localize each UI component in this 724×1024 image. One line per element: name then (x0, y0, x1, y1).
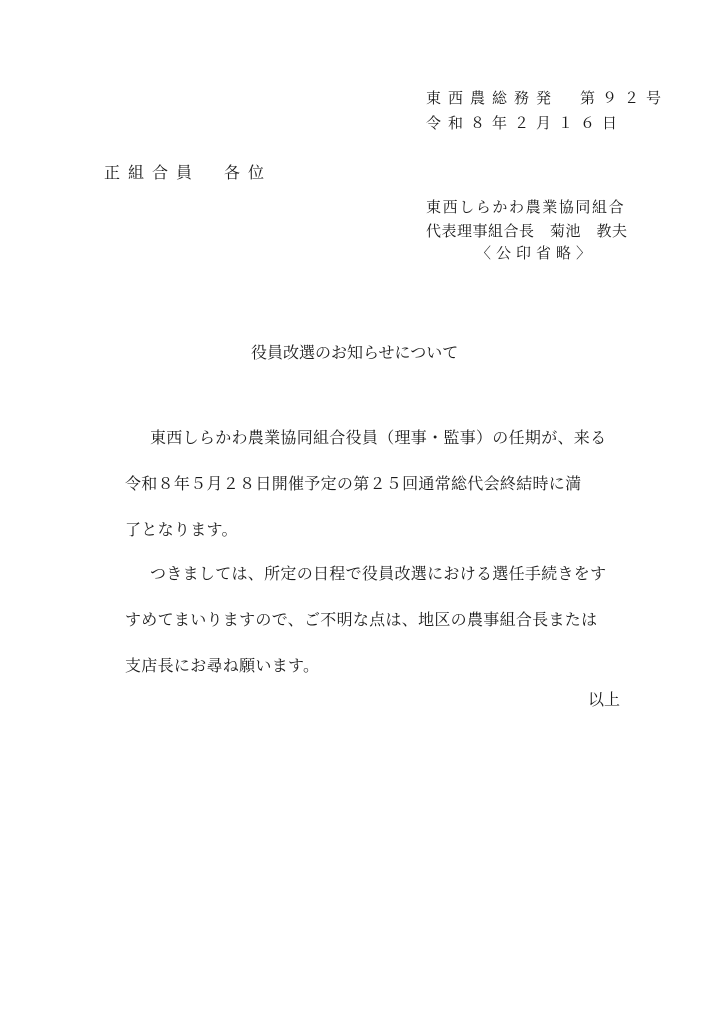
body-paragraph-1-line-2: 令和８年５月２８日開催予定の第２５回通常総代会終結時に満 (125, 474, 581, 494)
seal-note: 〈公印省略〉 (476, 243, 596, 263)
sender-organization: 東西しらかわ農業協同組合 (426, 197, 625, 217)
closing-text: 以上 (588, 690, 620, 710)
recipient-label: 正組合員 各位 (104, 163, 272, 183)
body-paragraph-2-line-2: すめてまいりますので、ご不明な点は、地区の農事組合長または (125, 610, 597, 630)
body-paragraph-1-line-3: 了となります。 (125, 520, 238, 540)
body-paragraph-1-line-1: 東西しらかわ農業協同組合役員（理事・監事）の任期が、来る (150, 428, 606, 448)
subject-title: 役員改選のお知らせについて (251, 343, 458, 363)
sender-representative: 代表理事組合長 菊池 教夫 (426, 221, 628, 241)
document-page: 東西農総務発 第９２号 令和８年２月１６日 正組合員 各位 東西しらかわ農業協同… (0, 0, 724, 1024)
document-number: 東西農総務発 第９２号 (426, 88, 668, 108)
body-paragraph-2-line-3: 支店長にお尋ね願います。 (125, 656, 319, 676)
document-date: 令和８年２月１６日 (426, 113, 624, 133)
body-paragraph-2-line-1: つきましては、所定の日程で役員改選における選任手続きをす (150, 564, 606, 584)
